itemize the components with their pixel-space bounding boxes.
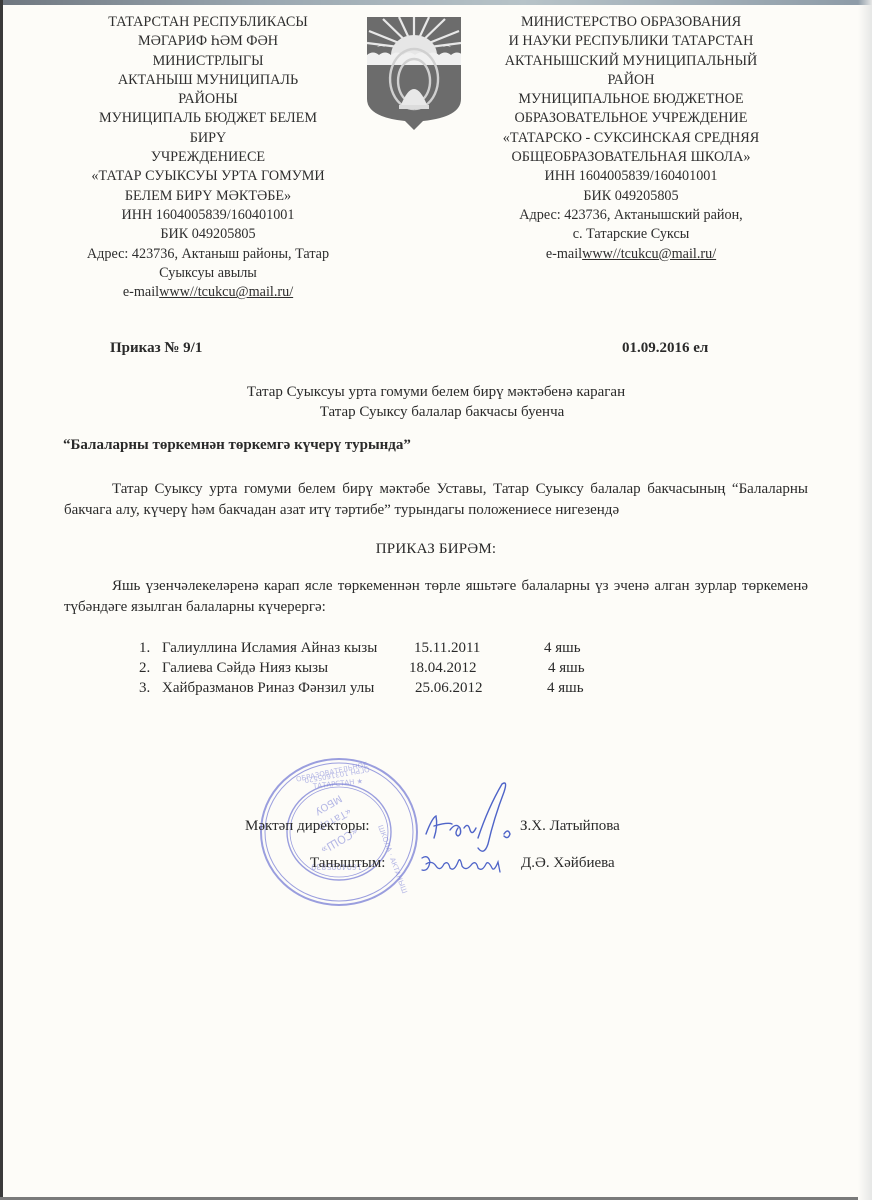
item-number: 2. xyxy=(139,658,150,678)
header-line: БЕЛЕМ БИРҮ МӘКТӘБЕ» xyxy=(66,187,350,206)
acknowledged-name: Д.Ә. Хәйбиева xyxy=(521,855,615,872)
header-russian: МИНИСТЕРСТВО ОБРАЗОВАНИЯ И НАУКИ РЕСПУБЛ… xyxy=(478,13,784,264)
child-name: Хайбразманов Риназ Фәнзил улы xyxy=(162,678,374,698)
header-line: «ТАТАР СУЫКСУЫ УРТА ГОМУМИ xyxy=(66,167,350,186)
header-line: МИНИСТРЛЫГЫ xyxy=(66,52,350,71)
header-line: МУНИЦИПАЛЬНОЕ БЮДЖЕТНОЕ xyxy=(478,90,784,109)
decree-heading: ПРИКАЗ БИРӘМ: xyxy=(0,541,872,558)
child-birthdate: 15.11.2011 xyxy=(414,638,480,658)
header-line: МӘГАРИФ ҺӘМ ФӘН xyxy=(66,32,350,51)
paragraph-transfer: Яшь үзенчәлекеләренә карап ясле төркемен… xyxy=(64,576,808,618)
email-prefix: e-mail xyxy=(123,284,159,300)
coat-of-arms-icon xyxy=(363,13,465,131)
header-line: РАЙОН xyxy=(478,71,784,90)
header-email: e-mailwww//tcukcu@mail.ru/ xyxy=(478,245,784,264)
subtitle-line: Татар Суыксу балалар бакчасы буенча xyxy=(0,402,872,422)
order-number: Приказ № 9/1 xyxy=(110,340,202,357)
header-line: ОБРАЗОВАТЕЛЬНОЕ УЧРЕЖДЕНИЕ xyxy=(478,109,784,128)
order-date: 01.09.2016 ел xyxy=(622,340,708,357)
child-age: 4 яшь xyxy=(547,678,584,698)
list-item: 3. Хайбразманов Риназ Фәнзил улы 25.06.2… xyxy=(139,678,639,698)
order-subtitle: Татар Суыксуы урта гомуми белем бирү мәк… xyxy=(0,382,872,422)
child-name: Галиева Сәйдә Нияз кызы xyxy=(162,658,328,678)
director-label: Мәктәп директоры: xyxy=(245,818,370,835)
director-signature-icon xyxy=(418,778,523,858)
email-link[interactable]: www//tcukcu@mail.ru/ xyxy=(582,246,716,262)
child-age: 4 яшь xyxy=(548,658,585,678)
header-line: УЧРЕЖДЕНИЕСЕ xyxy=(66,148,350,167)
acknowledged-label: Таныштым: xyxy=(310,855,385,872)
header-line: МУНИЦИПАЛЬ БЮДЖЕТ БЕЛЕМ xyxy=(66,109,350,128)
child-birthdate: 18.04.2012 xyxy=(409,658,477,678)
header-line: БИРҮ xyxy=(66,129,350,148)
order-title: “Балаларны төркемнән төркемгә күчерү тур… xyxy=(63,437,411,454)
header-line: ТАТАРСТАН РЕСПУБЛИКАСЫ xyxy=(66,13,350,32)
header-line: ОБЩЕОБРАЗОВАТЕЛЬНАЯ ШКОЛА» xyxy=(478,148,784,167)
child-age: 4 яшь xyxy=(544,638,581,658)
children-list: 1. Галиуллина Исламия Айназ кызы 15.11.2… xyxy=(139,638,639,698)
header-line: АКТАНЫШСКИЙ МУНИЦИПАЛЬНЫЙ xyxy=(478,52,784,71)
subtitle-line: Татар Суыксуы урта гомуми белем бирү мәк… xyxy=(247,384,625,400)
child-name: Галиуллина Исламия Айназ кызы xyxy=(162,638,377,658)
list-item: 1. Галиуллина Исламия Айназ кызы 15.11.2… xyxy=(139,638,639,658)
header-line: БИК 049205805 xyxy=(478,187,784,206)
item-number: 1. xyxy=(139,638,150,658)
scan-edge-top xyxy=(0,0,872,5)
header-line: ИНН 1604005839/160401001 xyxy=(66,206,350,225)
paragraph-basis: Татар Суыксу урта гомуми белем бирү мәкт… xyxy=(64,479,808,521)
item-number: 3. xyxy=(139,678,150,698)
acknowledgement-signature-icon xyxy=(418,850,508,880)
header-tatar: ТАТАРСТАН РЕСПУБЛИКАСЫ МӘГАРИФ ҺӘМ ФӘН М… xyxy=(66,13,350,302)
header-line: Адрес: 423736, Актаныш районы, Татар xyxy=(66,245,350,264)
email-prefix: e-mail xyxy=(546,246,582,262)
child-birthdate: 25.06.2012 xyxy=(415,678,483,698)
header-line: Адрес: 423736, Актанышский район, xyxy=(478,206,784,225)
header-email: e-mailwww//tcukcu@mail.ru/ xyxy=(66,283,350,302)
header-line: РАЙОНЫ xyxy=(66,90,350,109)
header-line: АКТАНЫШ МУНИЦИПАЛЬ xyxy=(66,71,350,90)
list-item: 2. Галиева Сәйдә Нияз кызы 18.04.2012 4 … xyxy=(139,658,639,678)
header-line: ИНН 1604005839/160401001 xyxy=(478,167,784,186)
header-line: И НАУКИ РЕСПУБЛИКИ ТАТАРСТАН xyxy=(478,32,784,51)
scan-edge-left xyxy=(0,0,3,1200)
scan-edge-right xyxy=(858,0,872,1200)
header-line: с. Татарские Суксы xyxy=(478,225,784,244)
header-line: Суыксуы авылы xyxy=(66,264,350,283)
header-line: «ТАТАРСКО - СУКСИНСКАЯ СРЕДНЯЯ xyxy=(478,129,784,148)
email-link[interactable]: www//tcukcu@mail.ru/ xyxy=(159,284,293,300)
director-name: З.Х. Латыйпова xyxy=(520,818,620,835)
header-line: БИК 049205805 xyxy=(66,225,350,244)
header-line: МИНИСТЕРСТВО ОБРАЗОВАНИЯ xyxy=(478,13,784,32)
